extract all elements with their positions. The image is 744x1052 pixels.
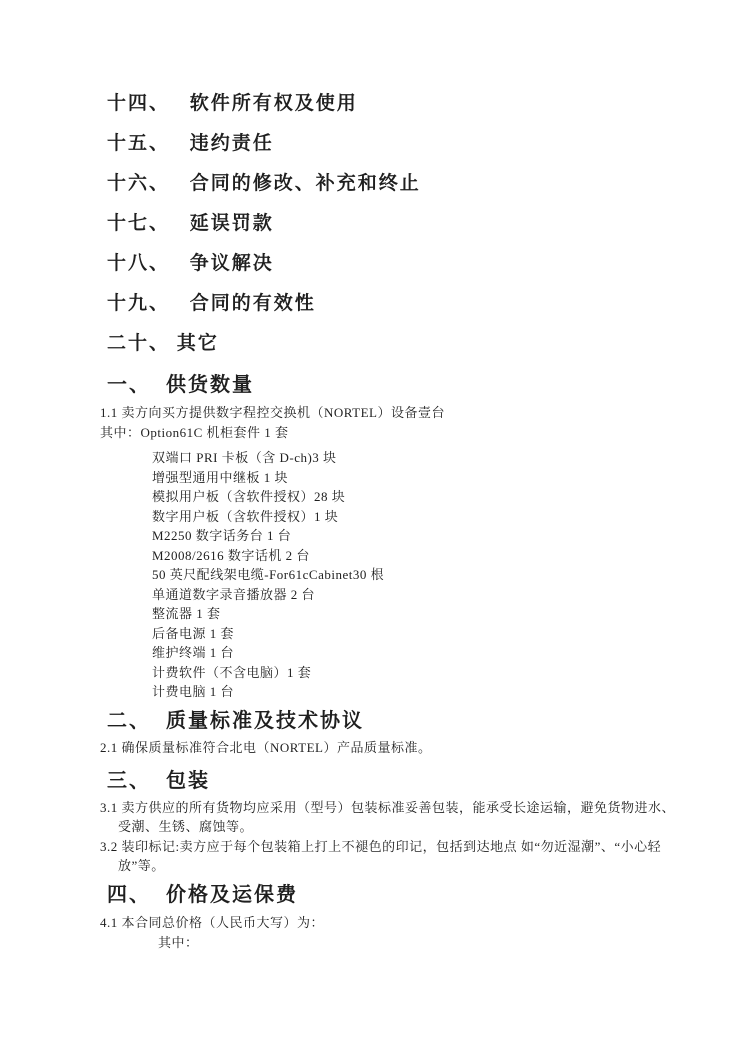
packing-body: 3.1 卖方供应的所有货物均应采用（型号）包装标准妥善包装，能承受长途运输，避免… <box>100 798 744 876</box>
quality-body: 2.1 确保质量标准符合北电（NORTEL）产品质量标准。 <box>100 738 744 758</box>
price-sub: 其中： <box>158 933 744 953</box>
heading-number: 一、 <box>107 372 159 398</box>
supply-item: 计费电脑 1 台 <box>152 682 744 702</box>
supply-item: 整流器 1 套 <box>152 604 744 624</box>
heading-title: 延误罚款 <box>190 213 274 234</box>
heading-title: 其它 <box>177 333 219 354</box>
price-clause: 4.1 本合同总价格（人民币大写）为： <box>100 913 744 933</box>
heading-title: 价格及运保费 <box>166 884 298 906</box>
heading-title: 包装 <box>166 770 210 792</box>
supply-item: 后备电源 1 套 <box>152 624 744 644</box>
supply-sublead: 其中：Option61C 机柜套件 1 套 <box>100 423 744 443</box>
supply-item: M2250 数字话务台 1 台 <box>152 526 744 546</box>
heading-number: 十九、 <box>107 292 183 316</box>
section-heading-supply: 一、 供货数量 <box>107 372 744 398</box>
toc-heading-20: 二十、 其它 <box>107 332 744 372</box>
supply-item: 模拟用户板（含软件授权）28 块 <box>152 487 744 507</box>
heading-number: 四、 <box>107 882 159 908</box>
supply-item: 维护终端 1 台 <box>152 643 744 663</box>
supply-intro: 1.1 卖方向买方提供数字程控交换机（NORTEL）设备壹台 <box>100 403 744 423</box>
packing-clause-31: 3.1 卖方供应的所有货物均应采用（型号）包装标准妥善包装，能承受长途运输，避免… <box>100 798 678 837</box>
toc-heading-16: 十六、 合同的修改、补充和终止 <box>107 172 744 212</box>
quality-clause: 2.1 确保质量标准符合北电（NORTEL）产品质量标准。 <box>100 738 744 758</box>
supply-item: 数字用户板（含软件授权）1 块 <box>152 507 744 527</box>
heading-title: 供货数量 <box>166 374 254 396</box>
supply-item: 单通道数字录音播放器 2 台 <box>152 585 744 605</box>
price-body: 4.1 本合同总价格（人民币大写）为： 其中： <box>100 913 744 953</box>
toc-heading-18: 十八、 争议解决 <box>107 252 744 292</box>
toc-heading-14: 十四、 软件所有权及使用 <box>107 92 744 132</box>
heading-number: 十四、 <box>107 92 183 116</box>
heading-number: 三、 <box>107 768 159 794</box>
toc-heading-15: 十五、 违约责任 <box>107 132 744 172</box>
section-heading-price: 四、 价格及运保费 <box>107 882 744 908</box>
heading-title: 合同的有效性 <box>190 293 316 314</box>
heading-title: 质量标准及技术协议 <box>166 710 364 732</box>
contract-page: 十四、 软件所有权及使用 十五、 违约责任 十六、 合同的修改、补充和终止 十七… <box>0 0 744 1052</box>
section-heading-quality: 二、 质量标准及技术协议 <box>107 708 744 734</box>
supply-item: 增强型通用中继板 1 块 <box>152 468 744 488</box>
heading-number: 十七、 <box>107 212 183 236</box>
toc-section: 十四、 软件所有权及使用 十五、 违约责任 十六、 合同的修改、补充和终止 十七… <box>107 0 744 372</box>
heading-number: 二十、 <box>107 332 170 356</box>
heading-title: 软件所有权及使用 <box>190 93 358 114</box>
heading-title: 争议解决 <box>190 253 274 274</box>
supply-item: 50 英尺配线架电缆-For61cCabinet30 根 <box>152 565 744 585</box>
heading-title: 合同的修改、补充和终止 <box>190 173 421 194</box>
heading-number: 十六、 <box>107 172 183 196</box>
toc-heading-19: 十九、 合同的有效性 <box>107 292 744 332</box>
packing-clause-32: 3.2 装印标记:卖方应于每个包装箱上打上不褪色的印记，包括到达地点 如“勿近湿… <box>100 837 678 876</box>
supply-item: M2008/2616 数字话机 2 台 <box>152 546 744 566</box>
section-heading-packing: 三、 包装 <box>107 768 744 794</box>
heading-number: 十五、 <box>107 132 183 156</box>
heading-title: 违约责任 <box>190 133 274 154</box>
supply-item-list: 双端口 PRI 卡板（含 D-ch)3 块 增强型通用中继板 1 块 模拟用户板… <box>152 448 744 702</box>
heading-number: 二、 <box>107 708 159 734</box>
supply-body: 1.1 卖方向买方提供数字程控交换机（NORTEL）设备壹台 其中：Option… <box>100 403 744 702</box>
toc-heading-17: 十七、 延误罚款 <box>107 212 744 252</box>
supply-item: 计费软件（不含电脑）1 套 <box>152 663 744 683</box>
supply-item: 双端口 PRI 卡板（含 D-ch)3 块 <box>152 448 744 468</box>
heading-number: 十八、 <box>107 252 183 276</box>
